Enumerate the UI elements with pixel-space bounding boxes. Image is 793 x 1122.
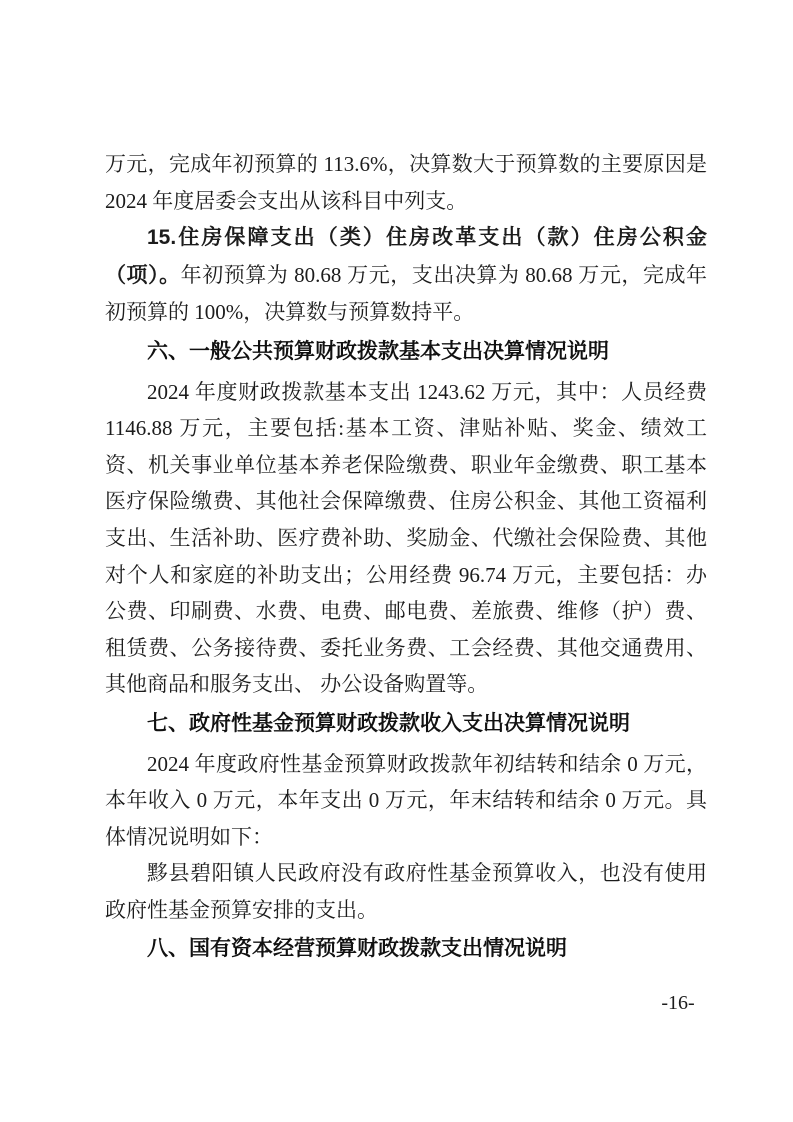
item15-body-text: 年初预算为 80.68 万元，支出决算为 80.68 万元，完成年初预算的 10… bbox=[105, 263, 707, 325]
document-body: 万元，完成年初预算的 113.6%，决算数大于预算数的主要原因是 2024 年度… bbox=[105, 146, 707, 971]
document-page: 万元，完成年初预算的 113.6%，决算数大于预算数的主要原因是 2024 年度… bbox=[0, 0, 793, 1122]
paragraph-section-six: 2024 年度财政拨款基本支出 1243.62 万元，其中：人员经费 1146.… bbox=[105, 374, 707, 703]
section-heading-eight: 八、国有资本经营预算财政拨款支出情况说明 bbox=[105, 931, 707, 968]
paragraph-section-seven-2: 黟县碧阳镇人民政府没有政府性基金预算收入，也没有使用政府性基金预算安排的支出。 bbox=[105, 855, 707, 928]
paragraph-section-seven-1: 2024 年度政府性基金预算财政拨款年初结转和结余 0 万元，本年收入 0 万元… bbox=[105, 746, 707, 856]
section-heading-seven: 七、政府性基金预算财政拨款收入支出决算情况说明 bbox=[105, 706, 707, 743]
section-heading-six: 六、一般公共预算财政拨款基本支出决算情况说明 bbox=[105, 334, 707, 371]
paragraph-continuation: 万元，完成年初预算的 113.6%，决算数大于预算数的主要原因是 2024 年度… bbox=[105, 146, 707, 219]
paragraph-item15: 15.住房保障支出（类）住房改革支出（款）住房公积金（项）。年初预算为 80.6… bbox=[105, 219, 707, 331]
page-number: -16- bbox=[648, 992, 708, 1015]
